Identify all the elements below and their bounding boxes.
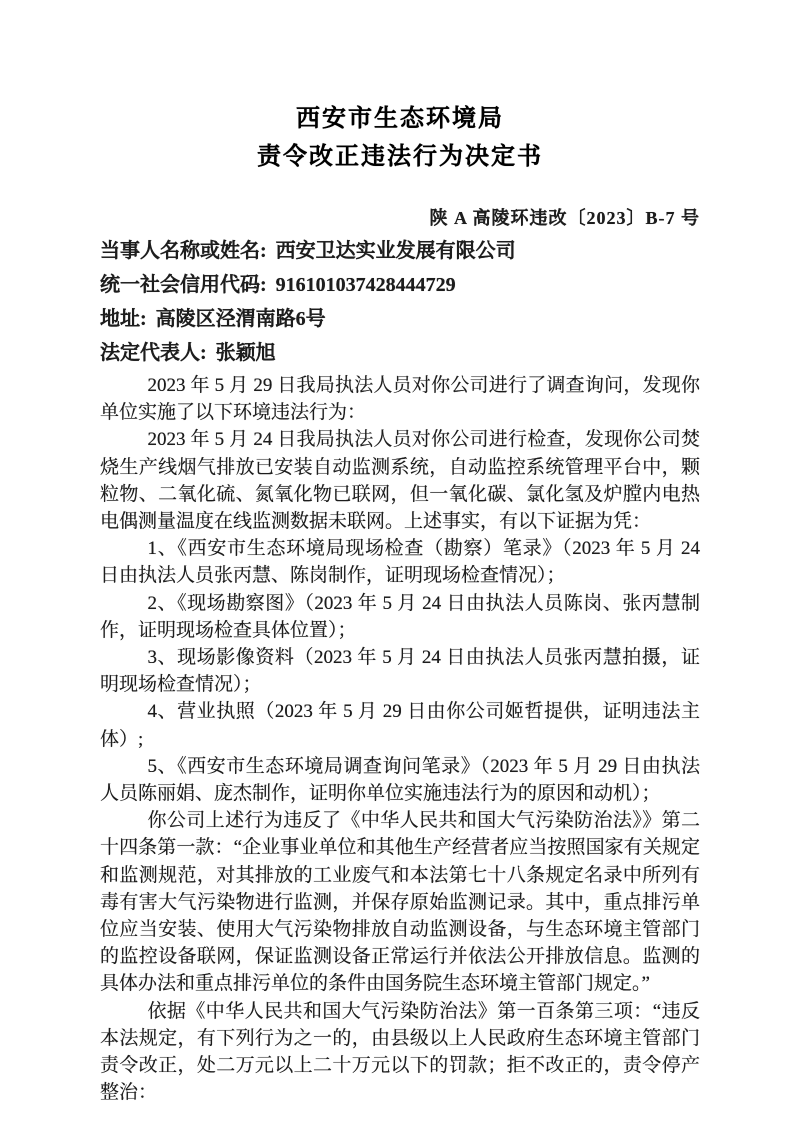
body-paragraph: 你公司上述行为违反了《中华人民共和国大气污染防治法》》第二十四条第一款：“企业事… xyxy=(100,807,700,997)
party-credit-code-value: 916101037428444729 xyxy=(276,274,456,296)
party-name-row: 当事人名称或姓名:西安卫达实业发展有限公司 xyxy=(100,234,700,268)
party-name-label: 当事人名称或姓名: xyxy=(100,240,267,262)
body-paragraph: 2023 年 5 月 24 日我局执法人员对你公司进行检查，发现你公司焚烧生产线… xyxy=(100,426,700,535)
document-title-line1: 西安市生态环境局 xyxy=(0,100,800,138)
body-paragraph: 1、《西安市生态环境局现场检查（勘察）笔录》（2023 年 5 月 24 日由执… xyxy=(100,535,700,589)
party-legal-rep-value: 张颖旭 xyxy=(216,342,276,364)
party-address-label: 地址: xyxy=(100,308,147,330)
party-legal-rep-label: 法定代表人: xyxy=(100,342,207,364)
party-credit-code-row: 统一社会信用代码:916101037428444729 xyxy=(100,268,700,302)
body-paragraph: 依据《中华人民共和国大气污染防治法》第一百条第三项：“违反本法规定，有下列行为之… xyxy=(100,998,700,1107)
body-paragraph: 3、现场影像资料（2023 年 5 月 24 日由执法人员张丙慧拍摄，证明现场检… xyxy=(100,644,700,698)
document-title-line2: 责令改正违法行为决定书 xyxy=(0,138,800,176)
document-number: 陕 A 高陵环违改〔2023〕B-7 号 xyxy=(100,204,700,232)
document-page: 西安市生态环境局 责令改正违法行为决定书 陕 A 高陵环违改〔2023〕B-7 … xyxy=(0,0,800,1133)
party-legal-rep-row: 法定代表人:张颖旭 xyxy=(100,336,700,370)
body-paragraph: 5、《西安市生态环境局调查询问笔录》（2023 年 5 月 29 日由执法人员陈… xyxy=(100,753,700,807)
document-title: 西安市生态环境局 责令改正违法行为决定书 xyxy=(0,0,800,176)
party-credit-code-label: 统一社会信用代码: xyxy=(100,274,267,296)
party-address-value: 高陵区泾渭南路6号 xyxy=(156,308,326,330)
party-name-value: 西安卫达实业发展有限公司 xyxy=(276,240,516,262)
party-info: 当事人名称或姓名:西安卫达实业发展有限公司 统一社会信用代码:916101037… xyxy=(100,234,700,370)
body-paragraph: 2、《现场勘察图》（2023 年 5 月 24 日由执法人员陈岗、张丙慧制作，证… xyxy=(100,590,700,644)
body-paragraph: 2023 年 5 月 29 日我局执法人员对你公司进行了调查询问，发现你单位实施… xyxy=(100,372,700,426)
document-body: 2023 年 5 月 29 日我局执法人员对你公司进行了调查询问，发现你单位实施… xyxy=(100,372,700,1106)
party-address-row: 地址:高陵区泾渭南路6号 xyxy=(100,302,700,336)
body-paragraph: 4、营业执照（2023 年 5 月 29 日由你公司姬哲提供，证明违法主体）; xyxy=(100,698,700,752)
